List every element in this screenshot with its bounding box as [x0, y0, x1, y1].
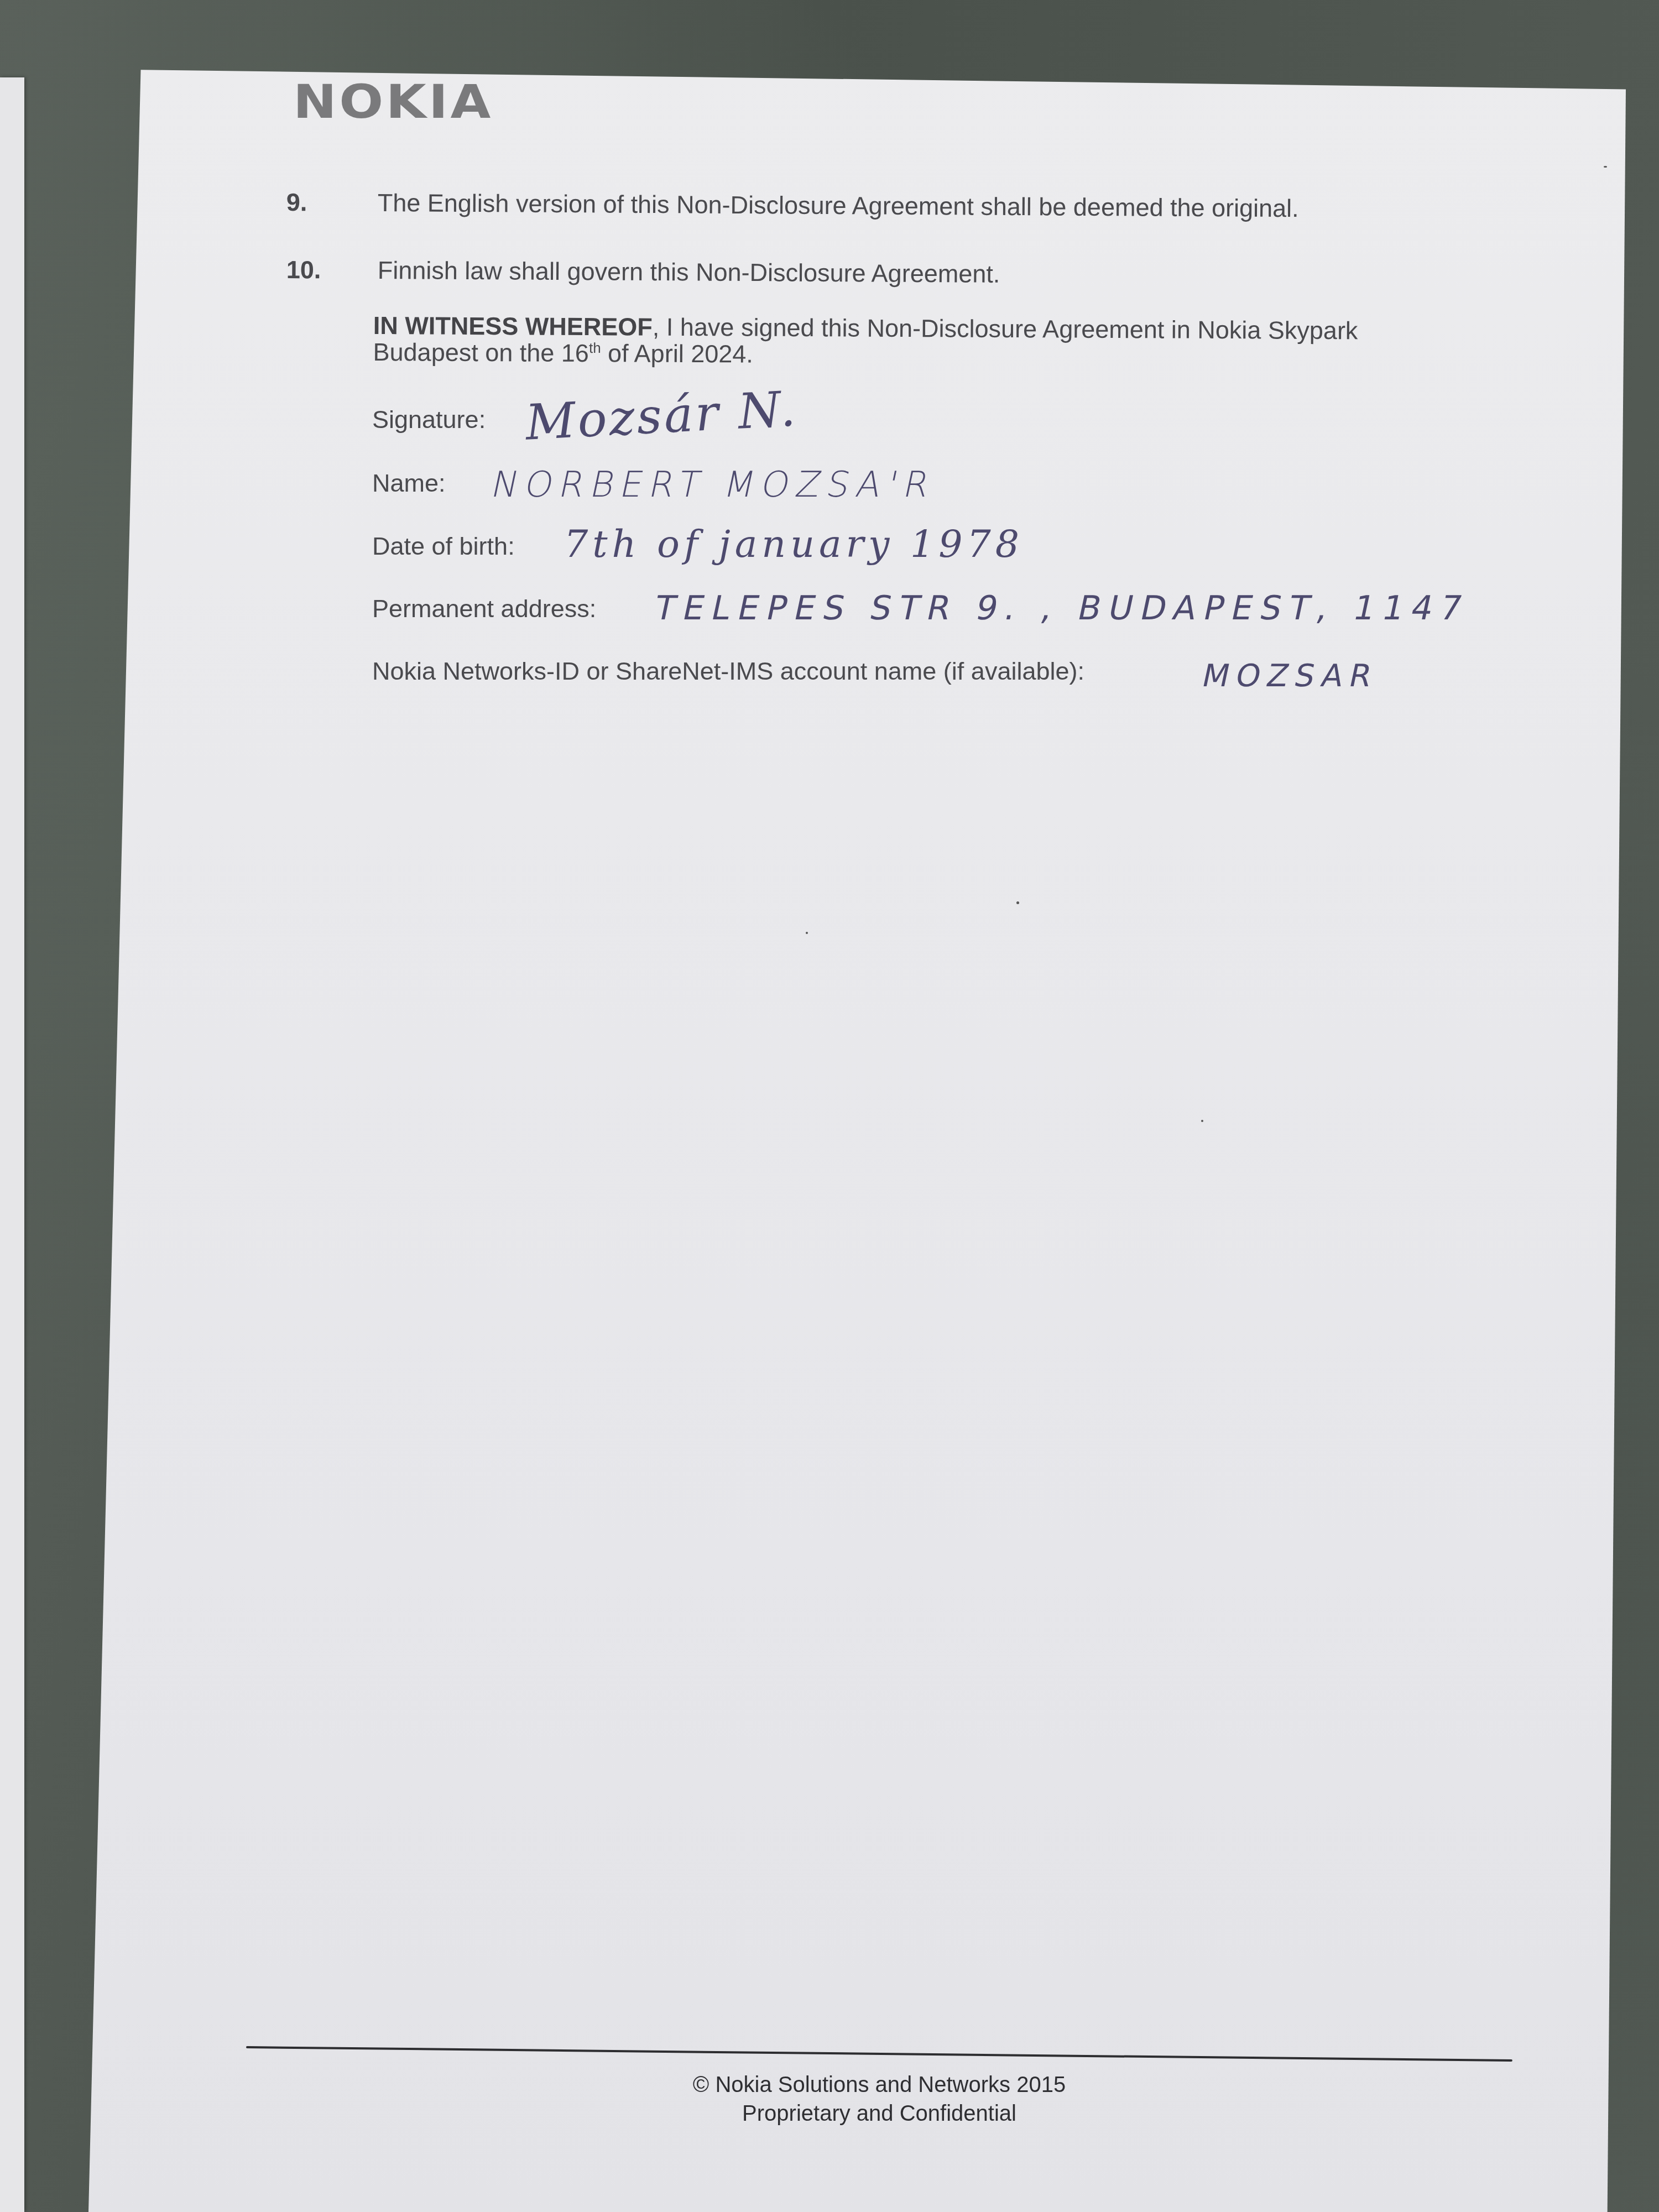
account-name-label: Nokia Networks-ID or ShareNet-IMS accoun…	[372, 657, 1084, 686]
account-name-value: MOZSAR	[1199, 658, 1381, 694]
paper-speck	[1016, 901, 1019, 904]
signature-value: Mozsár N.	[524, 380, 799, 451]
date-of-birth-label: Date of birth:	[372, 532, 515, 561]
name-value: NORBERT MOZSA'R	[488, 465, 940, 505]
witness-text-1: , I have signed this Non-Disclosure Agre…	[653, 313, 1358, 345]
permanent-address-value: TELEPES STR 9. , BUDAPEST, 1147	[651, 589, 1474, 628]
footer-confidential: Proprietary and Confidential	[664, 2101, 1095, 2126]
clause-text: Finnish law shall govern this Non-Disclo…	[378, 256, 1000, 289]
clause-text: The English version of this Non-Disclosu…	[378, 189, 1299, 223]
name-label: Name:	[372, 469, 446, 498]
footer-copyright: © Nokia Solutions and Networks 2015	[664, 2073, 1095, 2098]
witness-text-3: of April 2024.	[601, 339, 753, 368]
document-content: NOKIA 9. The English version of this Non…	[0, 0, 1659, 2212]
paper-speck	[1604, 166, 1607, 168]
nokia-logo: NOKIA	[293, 75, 493, 129]
witness-statement: IN WITNESS WHEREOF, I have signed this N…	[373, 312, 1512, 372]
ordinal-suffix: th	[589, 340, 601, 356]
witness-text-2: Budapest on the 16	[373, 338, 589, 367]
paper-speck	[1201, 1120, 1203, 1122]
clause-number: 10.	[286, 255, 321, 284]
signature-label: Signature:	[372, 405, 486, 434]
clause-number: 9.	[286, 188, 307, 217]
witness-lead: IN WITNESS WHEREOF	[373, 311, 653, 341]
date-of-birth-value: 7th of january 1978	[564, 523, 1024, 566]
permanent-address-label: Permanent address:	[372, 594, 596, 623]
footer-divider	[246, 2046, 1512, 2062]
paper-speck	[806, 932, 808, 934]
